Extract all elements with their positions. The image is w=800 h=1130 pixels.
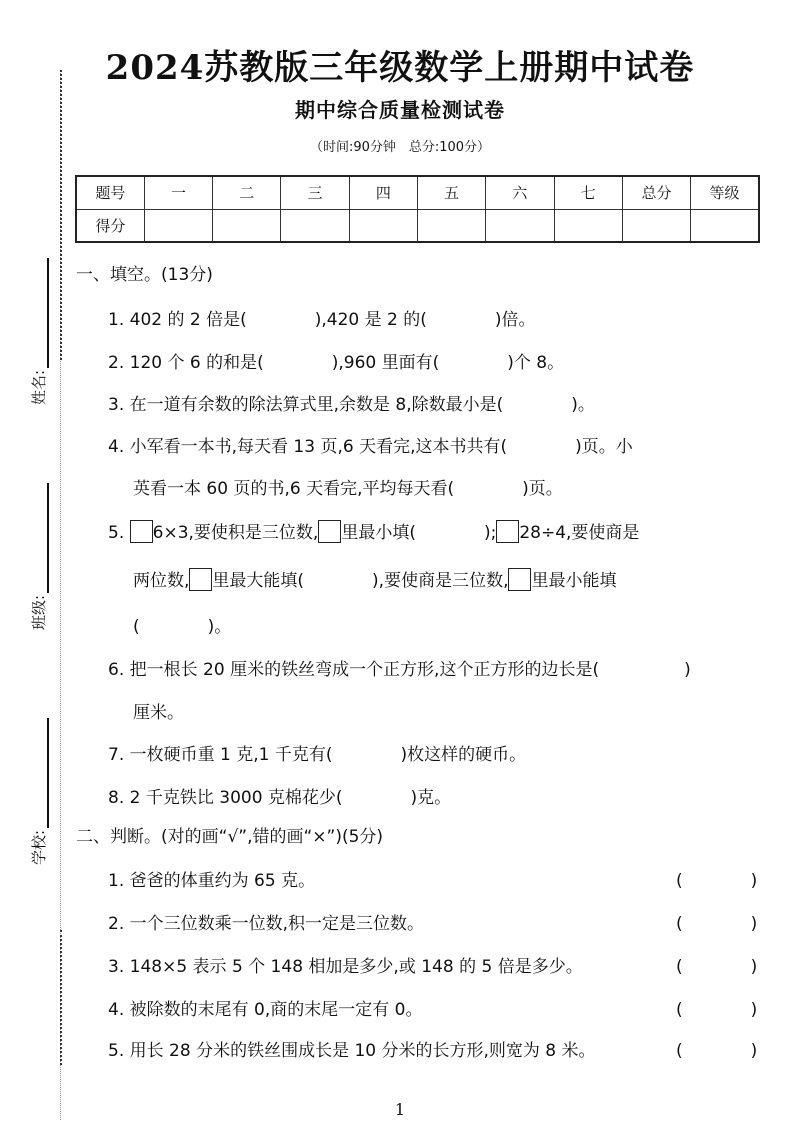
header-cell: 二 — [213, 176, 281, 209]
name-field[interactable]: 姓名: — [28, 258, 49, 405]
header-cell: 七 — [554, 176, 622, 209]
header-cell: 五 — [417, 176, 485, 209]
question-text: 里最大能填( ),要使商是三位数, — [212, 571, 508, 591]
judge-question-3: 3. 148×5 表示 5 个 148 相加是多少,或 148 的 5 倍是多少… — [108, 952, 583, 977]
question-1-4: 4. 小军看一本书,每天看 13 页,6 天看完,这本书共有( )页。小 — [108, 432, 633, 457]
binding-line-dark-top — [60, 70, 62, 360]
binding-line — [60, 70, 62, 1120]
question-1-7: 7. 一枚硬币重 1 克,1 千克有( )枚这样的硬币。 — [108, 740, 526, 765]
school-blank[interactable] — [47, 718, 49, 828]
question-1-8: 8. 2 千克铁比 3000 克棉花少( )克。 — [108, 783, 451, 808]
answer-box[interactable] — [130, 520, 153, 543]
question-1-5-line2: 两位数,里最大能填( ),要使商是三位数,里最小能填 — [133, 566, 616, 591]
exam-title: 2024苏教版三年级数学上册期中试卷 — [0, 40, 800, 89]
score-cell[interactable] — [691, 209, 759, 242]
class-field[interactable]: 班级: — [28, 483, 49, 630]
section-1-heading: 一、填空。(13分) — [76, 260, 213, 285]
judge-answer-1[interactable]: ( ) — [676, 866, 757, 891]
answer-box[interactable] — [496, 520, 519, 543]
answer-box[interactable] — [508, 568, 531, 591]
score-cell[interactable] — [486, 209, 554, 242]
judge-question-5: 5. 用长 28 分米的铁丝围成长是 10 分米的长方形,则宽为 8 米。 — [108, 1036, 596, 1061]
question-1-2: 2. 120 个 6 的和是( ),960 里面有( )个 8。 — [108, 348, 564, 373]
section-2-heading: 二、判断。(对的画“√”,错的画“×”)(5分) — [76, 822, 383, 847]
question-1-4-continued: 英看一本 60 页的书,6 天看完,平均每天看( )页。 — [133, 474, 563, 499]
school-label: 学校: — [28, 830, 49, 865]
exam-subtitle: 期中综合质量检测试卷 — [0, 94, 800, 123]
score-row-label: 得分 — [76, 209, 144, 242]
header-cell: 三 — [281, 176, 349, 209]
header-cell: 六 — [486, 176, 554, 209]
question-1-5-line3: ( )。 — [133, 612, 231, 637]
header-cell: 总分 — [622, 176, 690, 209]
header-cell: 题号 — [76, 176, 144, 209]
question-1-6: 6. 把一根长 20 厘米的铁丝弯成一个正方形,这个正方形的边长是( ) — [108, 655, 691, 680]
score-table: 题号 一 二 三 四 五 六 七 总分 等级 得分 — [75, 175, 760, 243]
name-blank[interactable] — [47, 258, 49, 368]
score-cell[interactable] — [349, 209, 417, 242]
header-cell: 等级 — [691, 176, 759, 209]
class-label: 班级: — [28, 595, 49, 630]
question-text: 里最小能填 — [531, 571, 616, 591]
score-cell[interactable] — [281, 209, 349, 242]
judge-answer-3[interactable]: ( ) — [676, 952, 757, 977]
judge-question-2: 2. 一个三位数乘一位数,积一定是三位数。 — [108, 909, 424, 934]
question-number: 5. — [108, 523, 124, 543]
score-cell[interactable] — [417, 209, 485, 242]
score-cell[interactable] — [213, 209, 281, 242]
score-cell[interactable] — [144, 209, 212, 242]
question-1-3: 3. 在一道有余数的除法算式里,余数是 8,除数最小是( )。 — [108, 390, 595, 415]
judge-answer-4[interactable]: ( ) — [676, 995, 757, 1020]
question-text: 28÷4,要使商是 — [519, 523, 639, 543]
score-cell[interactable] — [622, 209, 690, 242]
binding-line-dark-bottom — [60, 930, 62, 1065]
score-cell[interactable] — [554, 209, 622, 242]
name-label: 姓名: — [28, 370, 49, 405]
judge-question-1: 1. 爸爸的体重约为 65 克。 — [108, 866, 315, 891]
question-1-5-line1: 5. 6×3,要使积是三位数,里最小填( );28÷4,要使商是 — [108, 518, 639, 543]
question-1-6-continued: 厘米。 — [133, 698, 184, 723]
score-value-row: 得分 — [76, 209, 759, 242]
header-cell: 一 — [144, 176, 212, 209]
answer-box[interactable] — [189, 568, 212, 591]
exam-meta: （时间:90分钟 总分:100分） — [0, 136, 800, 155]
class-blank[interactable] — [47, 483, 49, 593]
judge-question-4: 4. 被除数的末尾有 0,商的末尾一定有 0。 — [108, 995, 422, 1020]
page-number: 1 — [0, 1100, 800, 1119]
judge-answer-2[interactable]: ( ) — [676, 909, 757, 934]
school-field[interactable]: 学校: — [28, 718, 49, 865]
question-text: 里最小填( ); — [341, 523, 496, 543]
score-header-row: 题号 一 二 三 四 五 六 七 总分 等级 — [76, 176, 759, 209]
question-text: 6×3,要使积是三位数, — [153, 523, 319, 543]
answer-box[interactable] — [318, 520, 341, 543]
judge-answer-5[interactable]: ( ) — [676, 1036, 757, 1061]
question-text: 两位数, — [133, 571, 189, 591]
header-cell: 四 — [349, 176, 417, 209]
question-1-1: 1. 402 的 2 倍是( ),420 是 2 的( )倍。 — [108, 305, 536, 330]
